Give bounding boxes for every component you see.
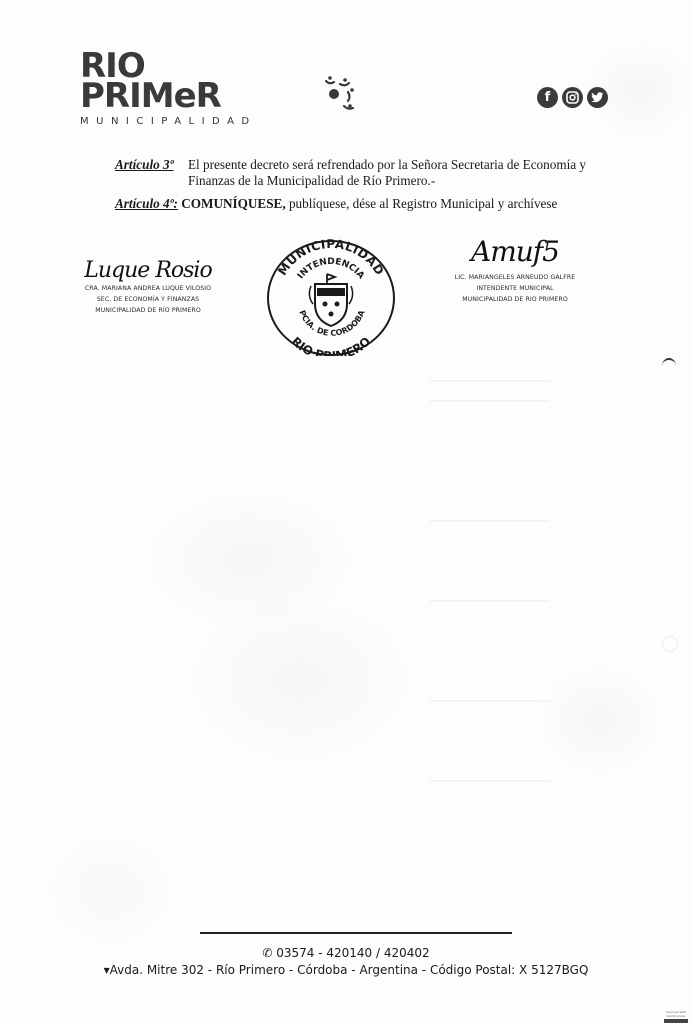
signature-block-mayor: Amuf5 Lic. MARIANGELES ARNEUDO GALFRE IN… <box>440 235 590 305</box>
coat-of-arms-icon <box>309 274 352 326</box>
people-circle-icon <box>320 72 360 112</box>
bleed-through-line <box>430 520 550 522</box>
municipality-logo: RIO PRIMeR MUNICIPALIDAD <box>80 52 257 127</box>
signature-secretary: Luque Rosio <box>68 258 228 283</box>
article-4-text: publíquese, dése al Registro Municipal y… <box>286 196 558 211</box>
punch-hole <box>662 636 678 652</box>
signer-org: MUNICIPALIDAD DE RÍO PRIMERO <box>68 305 228 316</box>
signer-org: MUNICIPALIDAD DE RIO PRIMERO <box>440 294 590 305</box>
punch-hole <box>662 358 676 374</box>
signer-name: Cra. MARIANA ANDREA LUQUE VILOSIO <box>68 283 228 294</box>
phone-number: 03574 - 420140 / 420402 <box>276 946 429 960</box>
bleed-through-line <box>430 400 550 402</box>
signature-block-secretary: Luque Rosio Cra. MARIANA ANDREA LUQUE VI… <box>68 258 228 316</box>
logo-line2: PRIMeR <box>80 82 257 110</box>
article-4-label: Artículo 4º: <box>115 196 178 211</box>
article-3-label: Artículo 3º <box>115 157 174 172</box>
bleed-through-line <box>430 780 550 782</box>
bleed-through-line <box>430 380 550 382</box>
address-text: Avda. Mitre 302 - Río Primero - Córdoba … <box>110 963 589 977</box>
twitter-icon[interactable] <box>587 87 608 108</box>
signer-role: SEC. DE ECONOMÍA Y FINANZAS <box>68 294 228 305</box>
scanner-watermark: Scanned with CamScanner <box>664 1010 688 1020</box>
social-links: f <box>537 87 608 108</box>
article-3: Artículo 3º El presente decreto será ref… <box>115 157 655 173</box>
logo-subtitle: MUNICIPALIDAD <box>80 116 257 127</box>
footer-divider <box>200 932 512 934</box>
phone-icon: ✆ <box>262 946 272 960</box>
document-page: RIO PRIMeR MUNICIPALIDAD f Artículo 3º E… <box>0 0 692 1024</box>
signer-name: Lic. MARIANGELES ARNEUDO GALFRE <box>440 272 590 283</box>
facebook-icon[interactable]: f <box>537 87 558 108</box>
article-3-text-line1: El presente decreto será refrendado por … <box>188 157 658 173</box>
scanner-watermark-text: Scanned with CamScanner <box>666 1010 686 1018</box>
footer-phone: ✆ 03574 - 420140 / 420402 <box>0 946 692 960</box>
signature-mayor: Amuf5 <box>440 235 590 268</box>
bleed-through-line <box>430 700 550 702</box>
seal-inner-text: INTENDENCIA <box>296 257 366 281</box>
article-4: Artículo 4º: COMUNÍQUESE, publíquese, dé… <box>115 196 655 212</box>
instagram-icon[interactable] <box>562 87 583 108</box>
article-3-text-line2: Finanzas de la Municipalidad de Río Prim… <box>188 173 658 189</box>
footer-address: ▾Avda. Mitre 302 - Río Primero - Córdoba… <box>0 963 692 977</box>
svg-text:INTENDENCIA: INTENDENCIA <box>296 257 366 281</box>
municipal-seal: MUNICIPALIDAD INTENDENCIA PCIA. DE CORDO… <box>265 236 397 356</box>
article-4-emphasis: COMUNÍQUESE, <box>181 196 285 211</box>
signer-role: INTENDENTE MUNICIPAL <box>440 283 590 294</box>
bleed-through-line <box>430 600 550 602</box>
